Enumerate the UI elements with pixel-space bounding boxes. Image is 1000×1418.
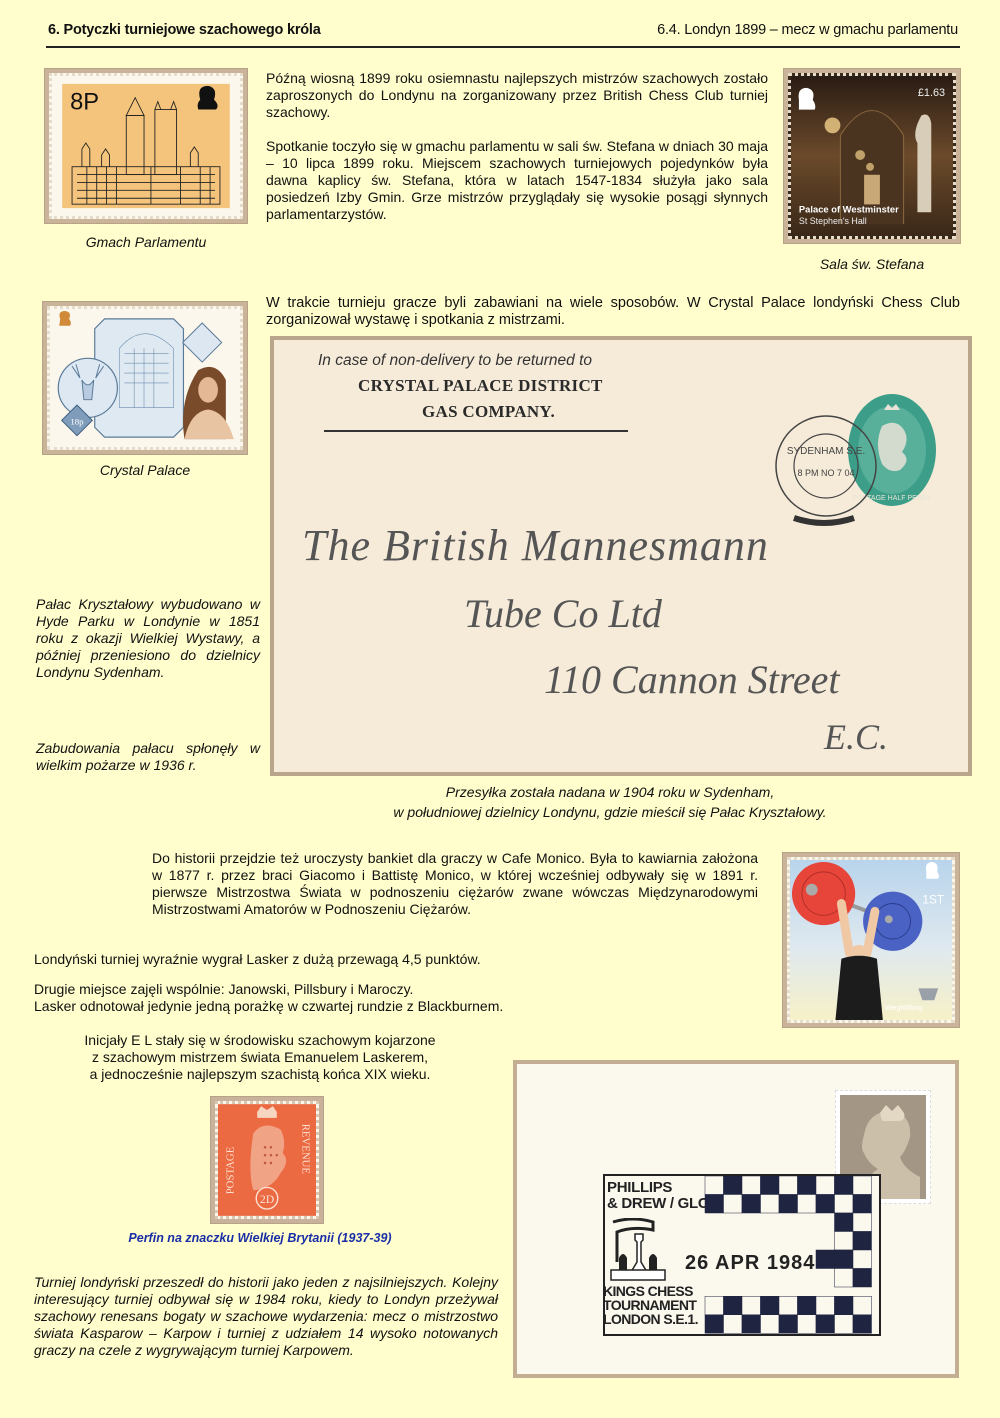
crystal-palace-stamp: 18p xyxy=(42,301,248,455)
envelope-caption: Przesyłka została nadana w 1904 roku w S… xyxy=(340,782,880,822)
parliament-stamp: 8P xyxy=(44,68,248,224)
envelope-caption-line-2: w południowej dzielnicy Londynu, gdzie m… xyxy=(340,802,880,822)
postmark-date: 26 APR 1984 xyxy=(685,1252,815,1275)
george-vi-icon: POSTAGE REVENUE 2D xyxy=(218,1104,316,1216)
sponsor-line-2: & DREW / GLC xyxy=(607,1196,708,1212)
svg-text:SYDENHAM S.E.: SYDENHAM S.E. xyxy=(787,446,865,457)
crystal-palace-icon: 18p xyxy=(50,309,240,447)
chess-pieces-banner-icon xyxy=(609,1218,667,1282)
perfin-caption: Perfin na znaczku Wielkiej Brytanii (193… xyxy=(100,1231,420,1245)
kings-chess-cover: 16p PHILLIPS & DREW / GLC 26 APR 1984 KI… xyxy=(513,1060,959,1378)
section-title: 6.4. Londyn 1899 – mecz w gmachu parlame… xyxy=(657,22,958,38)
svg-text:REVENUE: REVENUE xyxy=(299,1124,311,1175)
svg-text:St Stephen's Hall: St Stephen's Hall xyxy=(799,216,867,226)
svg-text:8 PM NO 7 04: 8 PM NO 7 04 xyxy=(797,468,854,478)
svg-text:18p: 18p xyxy=(70,416,84,426)
intro-paragraph-2: Spotkanie toczyło się w gmachu parlament… xyxy=(266,138,768,223)
address-line-3: 110 Cannon Street xyxy=(544,656,840,703)
event-line-1: KINGS CHESS xyxy=(603,1284,698,1298)
event-text: KINGS CHESS TOURNAMENT LONDON S.E.1. xyxy=(603,1284,698,1326)
initials-line-1: Inicjały E L stały się w środowisku szac… xyxy=(40,1032,480,1049)
parliament-caption: Gmach Parlamentu xyxy=(44,234,248,250)
address-line-4: E.C. xyxy=(824,716,888,758)
sponsor-text: PHILLIPS & DREW / GLC xyxy=(607,1180,708,1212)
postmark-and-indicia: POSTAGE HALF PENNY SYDENHAM S.E. 8 PM NO… xyxy=(764,380,944,530)
sender-underline xyxy=(324,430,628,432)
svg-text:POSTAGE: POSTAGE xyxy=(225,1146,237,1194)
svg-text:1ST: 1ST xyxy=(922,892,944,906)
intro-paragraph-1: Późną wiosną 1899 roku osiemnastu najlep… xyxy=(266,70,768,121)
perfin-stamp: POSTAGE REVENUE 2D xyxy=(210,1096,324,1224)
event-line-2: TOURNAMENT xyxy=(603,1298,698,1312)
weightlifter-icon: 1ST Weightlifting xyxy=(790,860,952,1020)
crystal-palace-intro: W trakcie turnieju gracze byli zabawiani… xyxy=(266,295,960,329)
initials-line-3: a jednocześnie najlepszym szachistą końc… xyxy=(40,1066,480,1083)
crystal-palace-caption: Crystal Palace xyxy=(42,462,248,478)
st-stephens-stamp: £1.63 Palace of Westminster St Stephen's… xyxy=(783,68,961,244)
svg-text:£1.63: £1.63 xyxy=(918,87,945,99)
chapter-title: 6. Potyczki turniejowe szachowego króla xyxy=(48,22,321,38)
weightlifting-stamp: 1ST Weightlifting xyxy=(782,852,960,1028)
second-place: Drugie miejsce zajęli wspólnie: Janowski… xyxy=(34,981,634,998)
crystal-palace-history: Pałac Kryształowy wybudowano w Hyde Park… xyxy=(36,596,260,681)
svg-text:Palace of Westminster: Palace of Westminster xyxy=(799,204,899,214)
st-stephens-caption: Sala św. Stefana xyxy=(783,256,961,272)
crystal-palace-envelope: In case of non-delivery to be returned t… xyxy=(270,336,972,776)
event-line-3: LONDON S.E.1. xyxy=(603,1312,698,1326)
cafe-monico-paragraph: Do historii przejdzie też uroczysty bank… xyxy=(152,850,758,918)
header-divider xyxy=(46,46,960,48)
lasker-loss: Lasker odnotował jedynie jedną porażkę w… xyxy=(34,998,634,1015)
initials-line-2: z szachowym mistrzem świata Emanuelem La… xyxy=(40,1049,480,1066)
sender-company-1: CRYSTAL PALACE DISTRICT xyxy=(358,376,603,396)
special-postmark: PHILLIPS & DREW / GLC 26 APR 1984 KINGS … xyxy=(603,1174,881,1336)
winner-statement: Londyński turniej wyraźnie wygrał Lasker… xyxy=(34,951,594,968)
svg-text:2D: 2D xyxy=(260,1193,275,1206)
houses-of-parliament-icon: 8P xyxy=(52,76,240,216)
address-line-1: The British Mannesmann xyxy=(302,520,769,571)
svg-text:8P: 8P xyxy=(70,90,99,116)
initials-note: Inicjały E L stały się w środowisku szac… xyxy=(40,1032,480,1083)
closing-paragraph: Turniej londyński przeszedł do historii … xyxy=(34,1274,498,1359)
return-notice: In case of non-delivery to be returned t… xyxy=(318,352,592,370)
envelope-caption-line-1: Przesyłka została nadana w 1904 roku w S… xyxy=(340,782,880,802)
st-stephens-hall-icon: £1.63 Palace of Westminster St Stephen's… xyxy=(791,76,953,236)
address-line-2: Tube Co Ltd xyxy=(464,590,662,637)
crystal-palace-fire: Zabudowania pałacu spłonęły w wielkim po… xyxy=(36,740,260,774)
sponsor-line-1: PHILLIPS xyxy=(607,1180,708,1196)
sender-company-2: GAS COMPANY. xyxy=(422,402,555,422)
svg-text:Weightlifting: Weightlifting xyxy=(885,1005,923,1012)
